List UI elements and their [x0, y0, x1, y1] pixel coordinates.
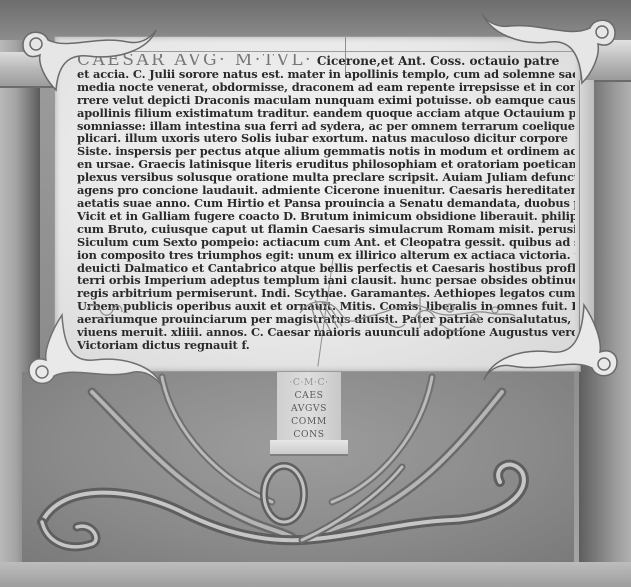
- pedestal-base: [270, 440, 348, 456]
- acanthus-scroll-bottom-left: [24, 310, 164, 395]
- inscription-line: agens pro concione laudauit. admiente Ci…: [77, 184, 575, 197]
- acanthus-scroll-bottom-right: [482, 300, 622, 390]
- inscription-line: aetatis suae anno. Cum Hirtio et Pansa p…: [77, 197, 575, 210]
- pedestal-line: CAES: [277, 389, 341, 402]
- pedestal-inscription: ·C·M·C· CAES AVGVS COMM CONS: [277, 376, 341, 441]
- acanthus-scroll-top-right: [480, 8, 620, 93]
- inscription-line: terri orbis Imperium adeptus templum ian…: [77, 274, 575, 287]
- inscription-line: ion composito tres triumphos egit: unum …: [77, 249, 575, 262]
- inscription-line: somniasse: illam intestina sua ferri ad …: [77, 120, 575, 133]
- inscription-line: deuicti Dalmatico et Cantabrico atque be…: [77, 262, 575, 275]
- inscription-line: Siste. inspersis per pectus atque alium …: [77, 145, 575, 158]
- inscription-line: apollinis filium existimatum traditur. e…: [77, 107, 575, 120]
- inscribed-pedestal: ·C·M·C· CAES AVGVS COMM CONS: [277, 372, 341, 444]
- inscription-line: en ursae. Graecis latinisque literis eru…: [77, 158, 575, 171]
- acanthus-scroll-top-left: [18, 20, 158, 100]
- fresco-scene: ·C·M·C· CAES AVGVS COMM CONS CAESAR AVG·…: [0, 0, 631, 587]
- wall-base: [0, 562, 631, 587]
- pedestal-line: COMM: [277, 415, 341, 428]
- inscription-line: cum Bruto, cuiusque caput ut flamin Caes…: [77, 223, 575, 236]
- pedestal-line: ·C·M·C·: [277, 376, 341, 389]
- inscription-line: plexus versibus solusque oratione multa …: [77, 171, 575, 184]
- inscription-line: Siculum cum Sexto pompeio: actiacum cum …: [77, 236, 575, 249]
- inscription-line: plicari. illum uxoris utero Solis iubar …: [77, 132, 575, 145]
- pedestal-line: AVGVS: [277, 402, 341, 415]
- inscription-line: Vicit et in Galliam fugere coacto D. Bru…: [77, 210, 575, 223]
